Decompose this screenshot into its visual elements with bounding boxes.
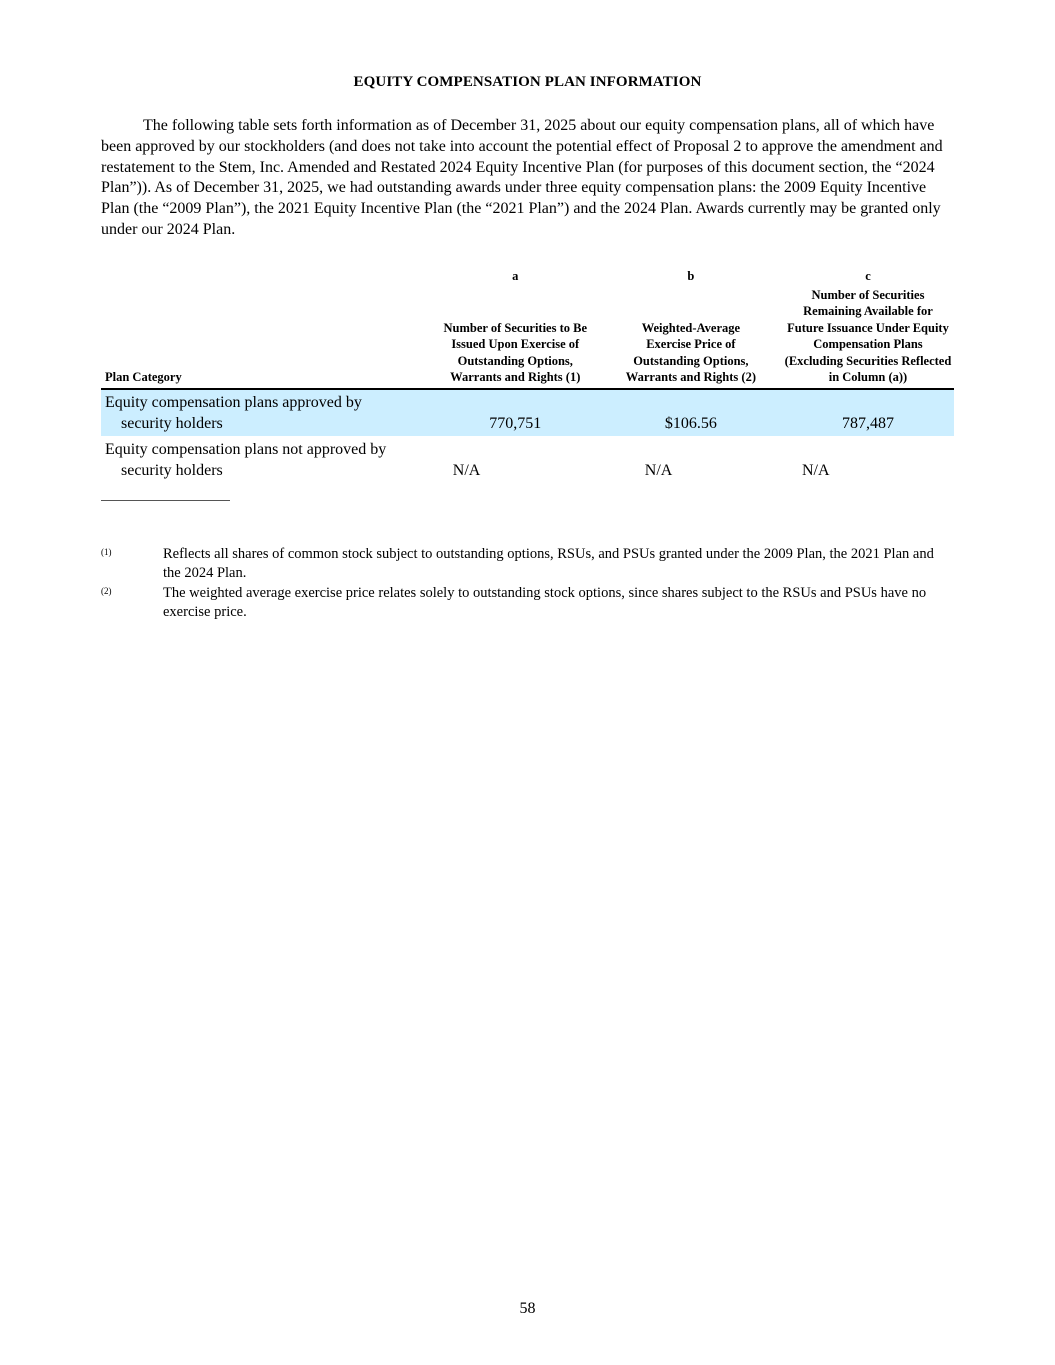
- cell-securities-remaining: N/A: [782, 436, 954, 483]
- category-line1: Equity compensation plans approved by: [105, 394, 362, 411]
- header-securities-remaining: Number of Securities Remaining Available…: [782, 287, 954, 389]
- column-letter-a: a: [431, 264, 600, 287]
- cell-weighted-average-price: $106.56: [600, 389, 782, 436]
- table-row-not-approved: Equity compensation plans not approved b…: [101, 436, 954, 483]
- row-category: Equity compensation plans approved by se…: [101, 389, 431, 436]
- table-row-approved: Equity compensation plans approved by se…: [101, 389, 954, 436]
- header-weighted-average-price: Weighted-Average Exercise Price of Outst…: [600, 287, 782, 389]
- footnote-text: Reflects all shares of common stock subj…: [163, 545, 953, 582]
- equity-compensation-table: a b c Plan Category Number of Securities…: [101, 264, 954, 483]
- intro-paragraph: The following table sets forth informati…: [101, 116, 953, 241]
- category-line2: security holders: [105, 413, 431, 434]
- column-letter-c: c: [782, 264, 954, 287]
- footnote-divider: [101, 500, 230, 501]
- section-title: EQUITY COMPENSATION PLAN INFORMATION: [0, 74, 1055, 91]
- category-line2: security holders: [105, 460, 431, 481]
- header-row: Plan Category Number of Securities to Be…: [101, 287, 954, 389]
- page-number: 58: [0, 1300, 1055, 1318]
- cell-value: N/A: [431, 462, 481, 479]
- column-letter-b: b: [600, 264, 782, 287]
- footnote-marker: (2): [101, 582, 112, 601]
- cell-securities-to-be-issued: 770,751: [431, 389, 600, 436]
- column-letter-row: a b c: [101, 264, 954, 287]
- header-securities-to-be-issued: Number of Securities to Be Issued Upon E…: [431, 287, 600, 389]
- header-a-text: Number of Securities to Be Issued Upon E…: [433, 320, 598, 386]
- cell-securities-remaining: 787,487: [782, 389, 954, 436]
- cell-weighted-average-price: N/A: [600, 436, 782, 483]
- cell-value: N/A: [600, 462, 673, 479]
- cell-value: N/A: [782, 462, 830, 479]
- header-b-text: Weighted-Average Exercise Price of Outst…: [623, 320, 758, 386]
- footnote-text: The weighted average exercise price rela…: [163, 584, 953, 621]
- column-letter-blank: [101, 264, 431, 287]
- category-line1: Equity compensation plans not approved b…: [105, 441, 386, 458]
- footnote-marker: (1): [101, 543, 112, 562]
- cell-securities-to-be-issued: N/A: [431, 436, 600, 483]
- header-c-text: Number of Securities Remaining Available…: [784, 287, 952, 386]
- header-plan-category: Plan Category: [101, 287, 431, 389]
- intro-text: The following table sets forth informati…: [101, 117, 943, 238]
- row-category: Equity compensation plans not approved b…: [101, 436, 431, 483]
